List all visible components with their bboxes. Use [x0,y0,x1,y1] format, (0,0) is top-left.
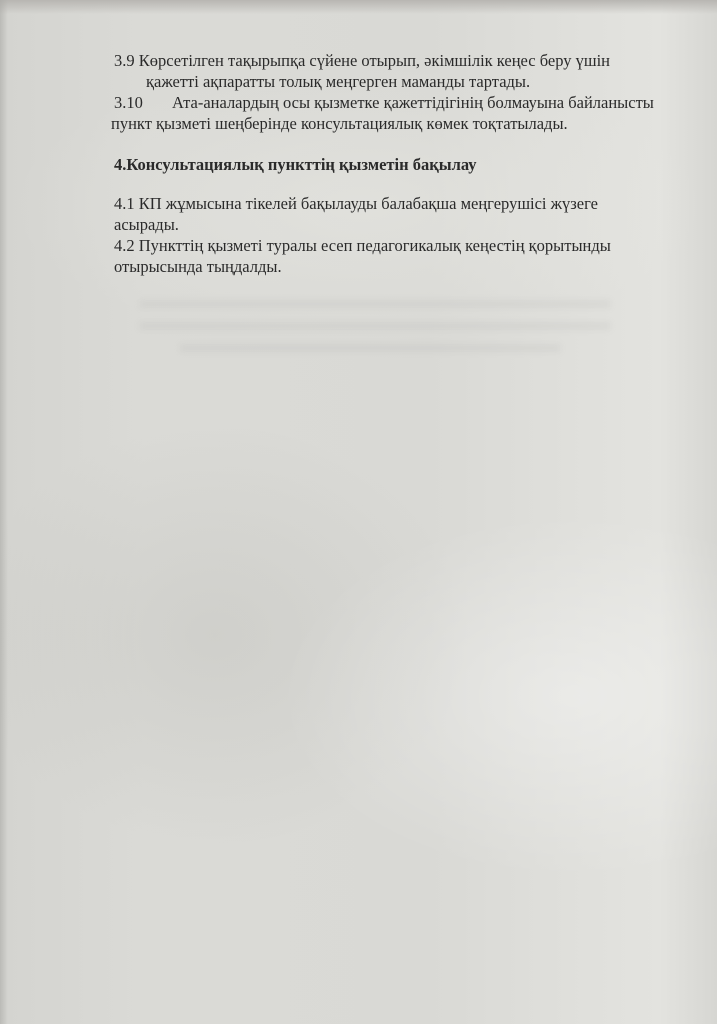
item-text: Ата-аналардың осы қызметке қажеттідігіні… [172,93,654,112]
document-page: 3.9 Көрсетілген тақырыпқа сүйене отырып,… [0,0,717,1024]
item-4-1: 4.1 КП жұмысына тікелей бақылауды балаба… [114,193,684,214]
item-4-1-continuation: асырады. [114,214,684,235]
bleed-through-text [140,322,610,330]
bleed-through-text [180,344,560,352]
section-4-heading: 4.Консультациялық пункттің қызметін бақы… [114,154,684,175]
item-4-2: 4.2 Пункттің қызметі туралы есеп педагог… [114,235,684,256]
item-4-2-continuation: отырысында тыңдалды. [114,256,684,277]
item-text: Көрсетілген тақырыпқа сүйене отырып, әкі… [139,51,610,70]
item-3-10-continuation: пункт қызметі шеңберінде консультациялық… [111,113,684,134]
item-number: 3.9 [114,51,135,70]
bleed-through-text [140,300,610,308]
item-3-9-continuation: қажетті ақпаратты толық меңгерген маманд… [114,71,684,92]
item-3-10: 3.10Ата-аналардың осы қызметке қажеттіді… [114,92,684,113]
document-body: 3.9 Көрсетілген тақырыпқа сүйене отырып,… [114,50,684,277]
item-3-9: 3.9 Көрсетілген тақырыпқа сүйене отырып,… [114,50,684,71]
item-number: 3.10 [114,92,172,113]
